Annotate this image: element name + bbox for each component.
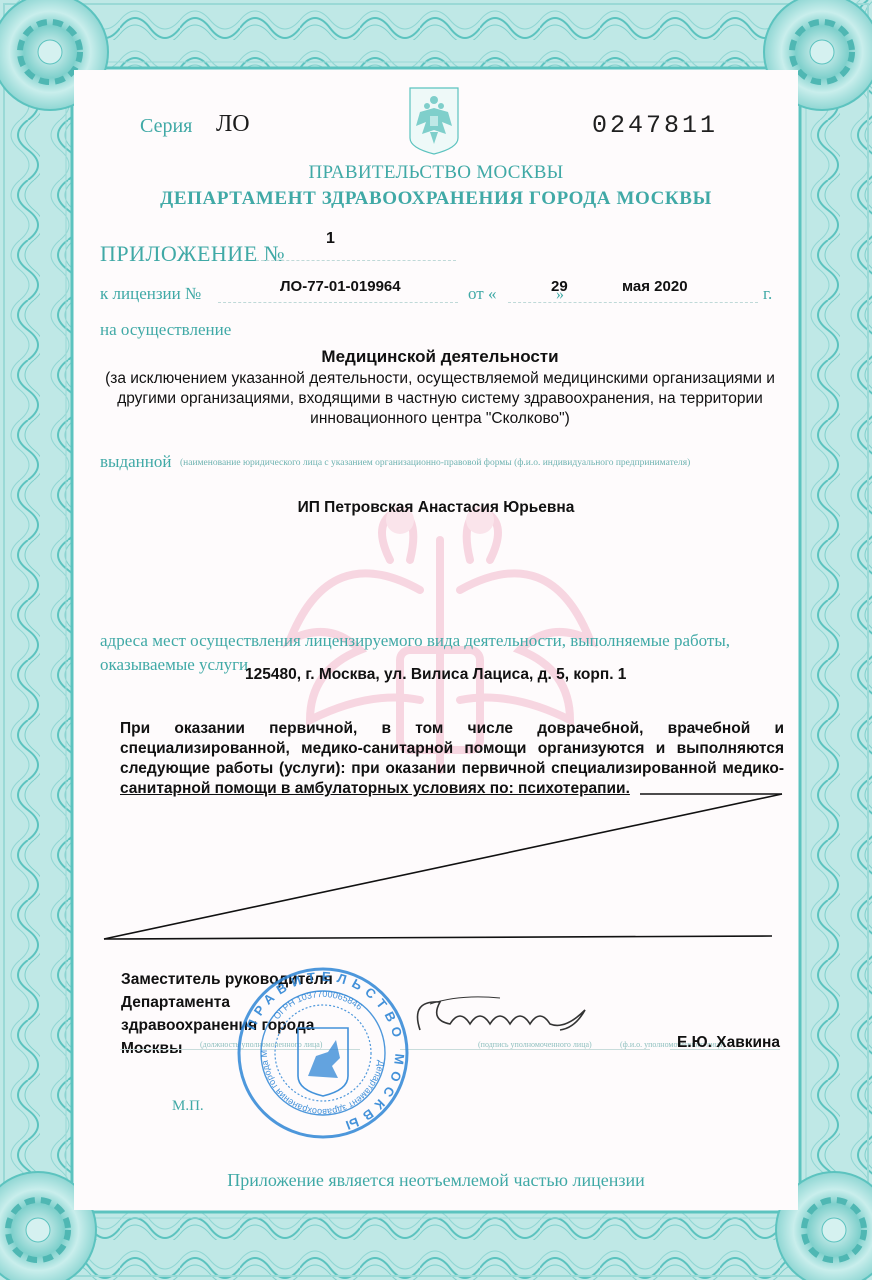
form-number: 0247811 [592,111,718,140]
address-value: 125480, г. Москва, ул. Вилиса Лациса, д.… [245,666,626,684]
russian-coat-of-arms-icon [408,86,460,156]
official-seal-stamp: ПРАВИТЕЛЬСТВО МОСКВЫ Департамент здравоо… [236,966,410,1140]
activity-description: (за исключением указанной деятельности, … [90,369,790,429]
appendix-label: ПРИЛОЖЕНИЕ № [100,241,285,267]
signer-name: Е.Ю. Хавкина [677,1034,780,1052]
activity-label: на осуществление [100,320,231,340]
issued-caption: (наименование юридического лица с указан… [180,458,690,468]
signature-caption: (подпись уполномоченного лица) [478,1040,592,1049]
department-title: ДЕПАРТАМЕНТ ЗДРАВООХРАНЕНИЯ ГОРОДА МОСКВ… [0,188,872,210]
works-text-underlined: санитарной помощи в амбулаторных условия… [120,780,630,797]
license-holder: ИП Петровская Анастасия Юрьевна [0,499,872,517]
handwritten-signature-icon [400,990,600,1040]
activity-title: Медицинской деятельности [90,347,790,367]
series-value: ЛО [216,111,250,138]
year-suffix: г. [763,284,772,304]
appendix-number-line [256,260,456,261]
license-date-line [508,302,758,303]
works-description: При оказании первичной, в том числе довр… [120,719,784,799]
appendix-number: 1 [326,230,335,248]
license-number-line [218,302,458,303]
license-number: ЛО-77-01-019964 [280,278,401,295]
license-from-label: от « [468,284,496,304]
government-title: ПРАВИТЕЛЬСТВО МОСКВЫ [0,162,872,184]
footer-note: Приложение является неотъемлемой частью … [0,1170,872,1191]
license-month-year: мая 2020 [622,278,688,295]
stamp-place-label: М.П. [172,1098,204,1115]
signature-line [400,1049,650,1050]
series-label: Серия [140,115,192,138]
license-label: к лицензии № [100,284,201,304]
works-text: При оказании первичной, в том числе довр… [120,720,784,777]
issued-label: выданной [100,452,171,472]
license-day: 29 [551,278,568,295]
